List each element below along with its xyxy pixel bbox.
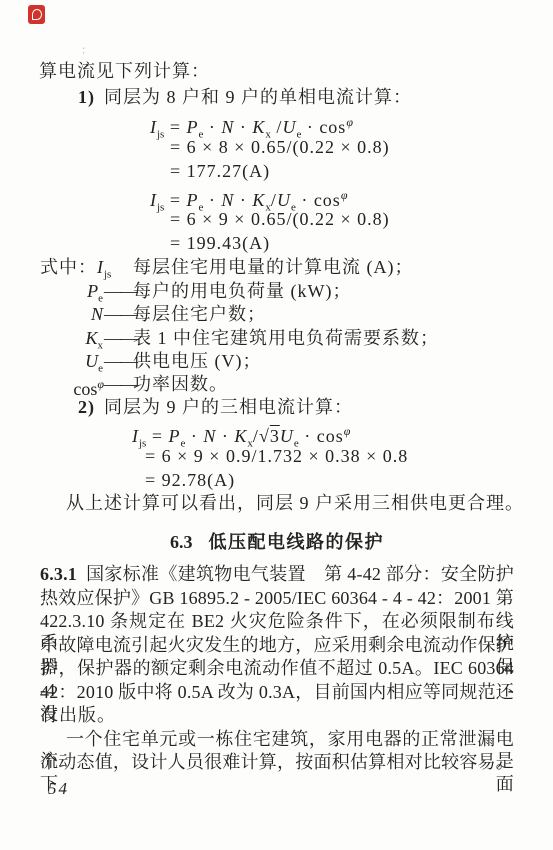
definition-text: 功率因数。 bbox=[133, 373, 228, 395]
clause-line: 有出版。 bbox=[40, 704, 514, 726]
clause-line: 6.3.1国家标准《建筑物电气装置 第 4-42 部分：安全防护 bbox=[40, 563, 514, 585]
definition-dash: —— bbox=[104, 303, 136, 325]
paragraph-line: 个动态值，设计人员很难计算，按面积估算相对比较容易。下面 bbox=[40, 751, 514, 795]
list-item-2-marker: 2) bbox=[78, 397, 95, 417]
reader-app-badge-icon bbox=[28, 5, 45, 24]
definition-dash: —— bbox=[104, 350, 136, 372]
formula-single9-step: = 6 × 9 × 0.65/(0.22 × 0.8) bbox=[170, 208, 390, 230]
page-number: 54 bbox=[48, 779, 69, 799]
definition-dash: —— bbox=[104, 280, 136, 302]
section-number: 6.3 bbox=[170, 532, 193, 552]
intro-line: 算电流见下列计算： bbox=[39, 60, 210, 82]
definition-row: cosφ —— 功率因数。 bbox=[0, 373, 553, 397]
definition-text: 每户的用电负荷量 (kW)； bbox=[133, 280, 351, 302]
list-item-1: 1)同层为 8 户和 9 户的单相电流计算： bbox=[78, 86, 412, 108]
section-title: 低压配电线路的保护 bbox=[209, 532, 385, 552]
list-item-1-marker: 1) bbox=[78, 87, 95, 107]
clause-line: 热效应保护》GB 16895.2 - 2005/IEC 60364 - 4 - … bbox=[40, 587, 514, 609]
shizhong-label: 式中： bbox=[40, 257, 97, 277]
list-item-2-text: 同层为 9 户的三相电流计算： bbox=[104, 397, 353, 417]
list-item-1-text: 同层为 8 户和 9 户的单相电流计算： bbox=[104, 87, 412, 107]
definition-dash: —— bbox=[104, 373, 136, 395]
definition-text: 表 1 中住宅建筑用电负荷需要系数； bbox=[133, 327, 439, 349]
definition-row: Ue —— 供电电压 (V)； bbox=[0, 350, 553, 374]
definition-row: Kx —— 表 1 中住宅建筑用电负荷需要系数； bbox=[0, 327, 553, 351]
formula-single8-step: = 6 × 8 × 0.65/(0.22 × 0.8) bbox=[170, 136, 390, 158]
definition-symbol: Ijs bbox=[97, 257, 111, 277]
formula-three9-result: = 92.78(A) bbox=[145, 469, 235, 491]
list-item-2: 2)同层为 9 户的三相电流计算： bbox=[78, 396, 353, 418]
definition-text: 每层住宅户数； bbox=[133, 303, 266, 325]
scan-artifact: ∶ bbox=[82, 44, 85, 59]
definition-text: 供电电压 (V)； bbox=[133, 350, 262, 372]
formula-single9-result: = 199.43(A) bbox=[170, 232, 270, 254]
formula-three9-step: = 6 × 9 × 0.9/1.732 × 0.38 × 0.8 bbox=[145, 445, 408, 467]
definition-row: 式中：Ijs 每层住宅用电量的计算电流 (A)； bbox=[0, 256, 553, 280]
definition-row: N —— 每层住宅户数； bbox=[0, 303, 553, 327]
conclusion-line: 从上述计算可以看出，同层 9 户采用三相供电更合理。 bbox=[66, 492, 524, 514]
clause-number: 6.3.1 bbox=[40, 564, 77, 584]
scanned-page: ∶ 算电流见下列计算： 1)同层为 8 户和 9 户的单相电流计算： Ijs =… bbox=[0, 0, 553, 850]
definition-dash: —— bbox=[104, 327, 136, 349]
definition-row: Pe —— 每户的用电负荷量 (kW)； bbox=[0, 280, 553, 304]
badge-glyph bbox=[32, 9, 42, 20]
formula-single8-result: = 177.27(A) bbox=[170, 160, 270, 182]
definition-text: 每层住宅用电量的计算电流 (A)； bbox=[133, 256, 414, 278]
clause-text: 国家标准《建筑物电气装置 第 4-42 部分：安全防护 bbox=[86, 564, 514, 584]
section-heading: 6.3低压配电线路的保护 bbox=[40, 528, 514, 554]
definition-symbol: N bbox=[40, 303, 103, 325]
